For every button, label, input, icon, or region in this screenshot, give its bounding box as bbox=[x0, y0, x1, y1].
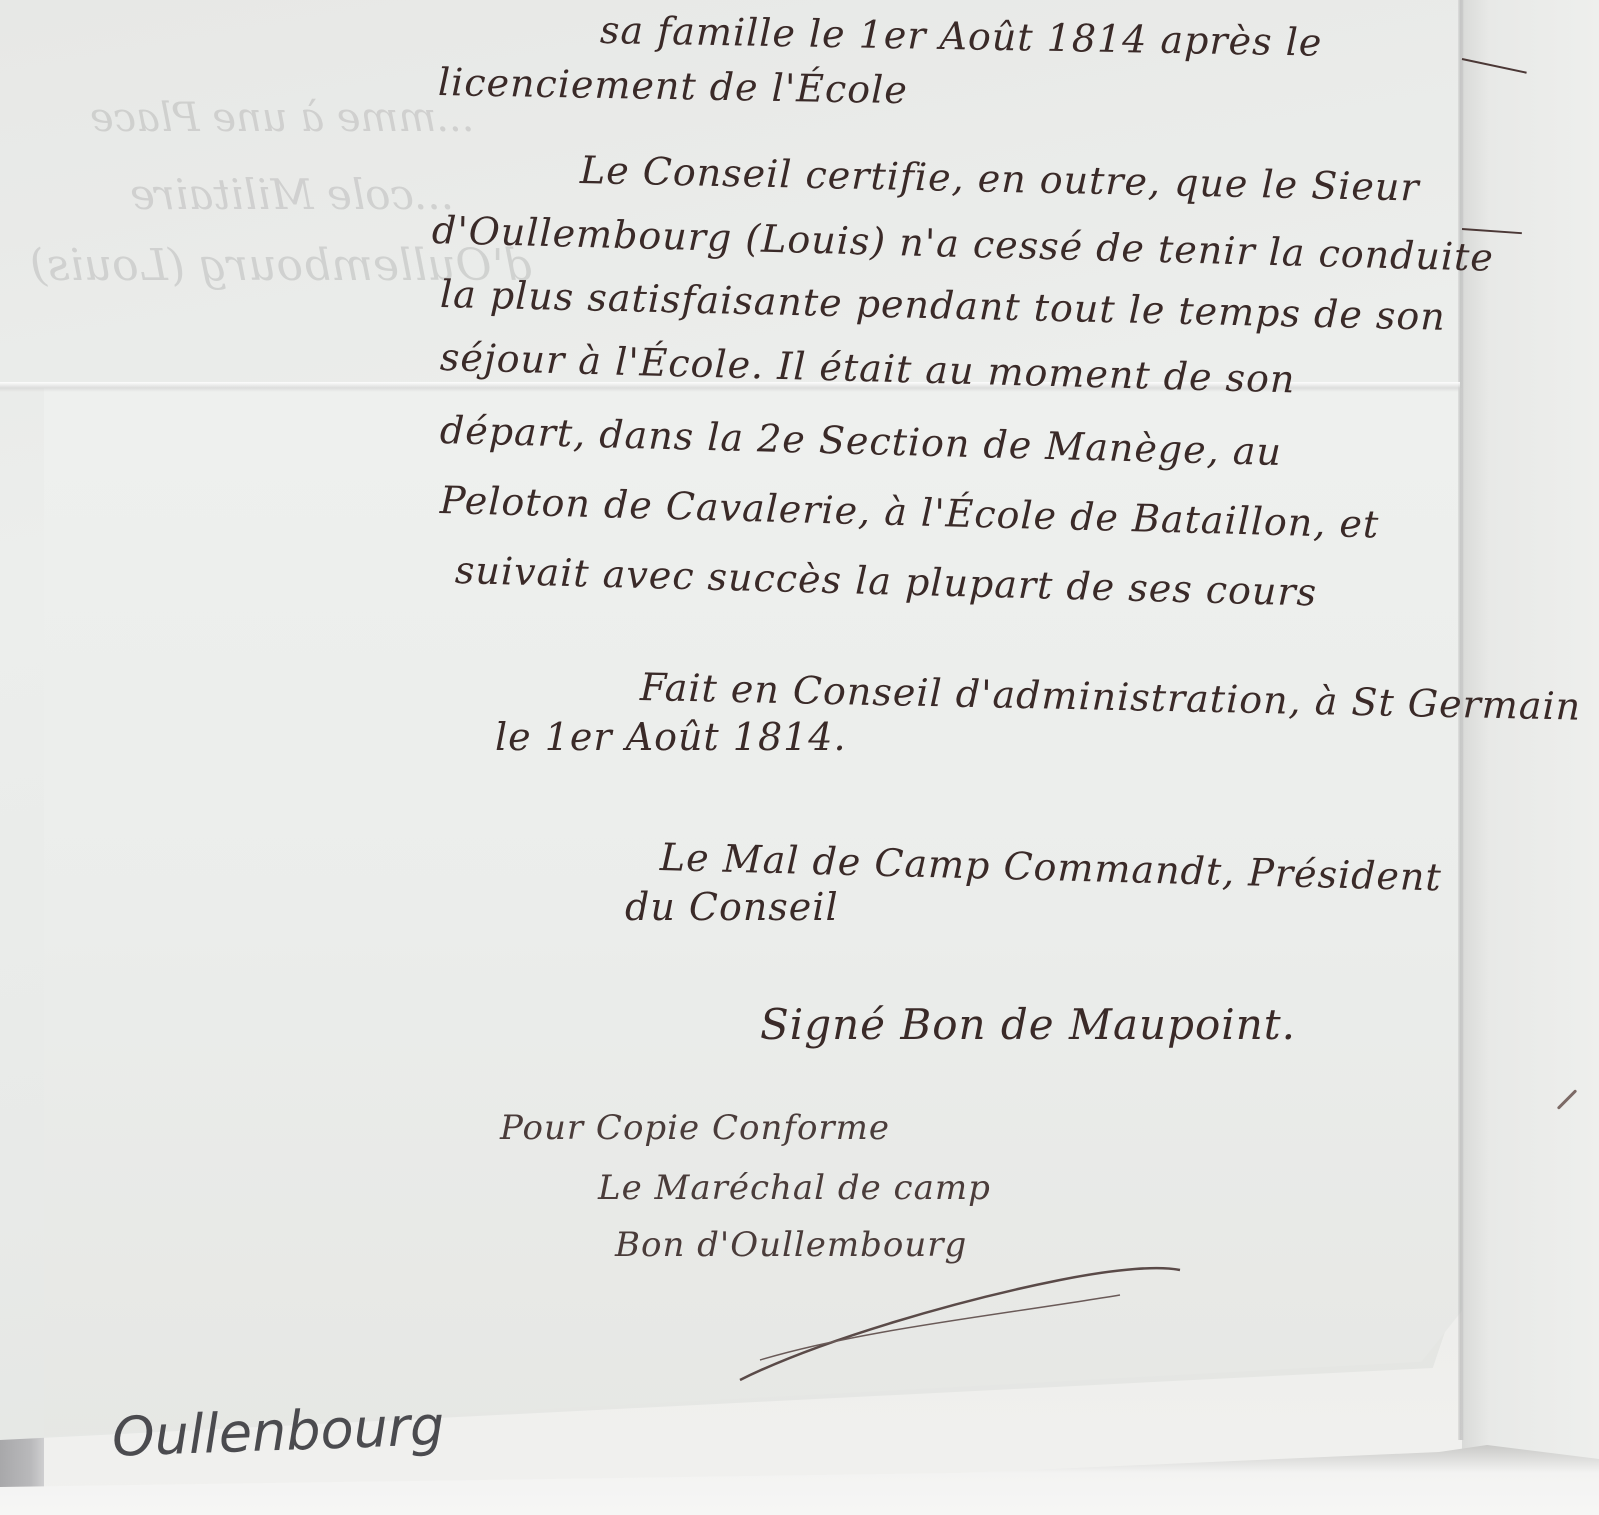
adjacent-page-panel bbox=[1462, 0, 1599, 1460]
certification-line-1: Pour Copie Conforme bbox=[500, 1108, 890, 1148]
signed-name: Signé Bon de Maupoint. bbox=[760, 1000, 1296, 1049]
body-line-2: licenciement de l'École bbox=[438, 60, 909, 112]
signatory-title-line-2: du Conseil bbox=[625, 885, 839, 929]
pencil-annotation: Oullenbourg bbox=[111, 1394, 445, 1469]
certification-line-2: Le Maréchal de camp bbox=[598, 1168, 991, 1208]
closing-line-2: le 1er Août 1814. bbox=[495, 715, 847, 759]
certification-signature: Bon d'Oullembourg bbox=[615, 1225, 967, 1265]
